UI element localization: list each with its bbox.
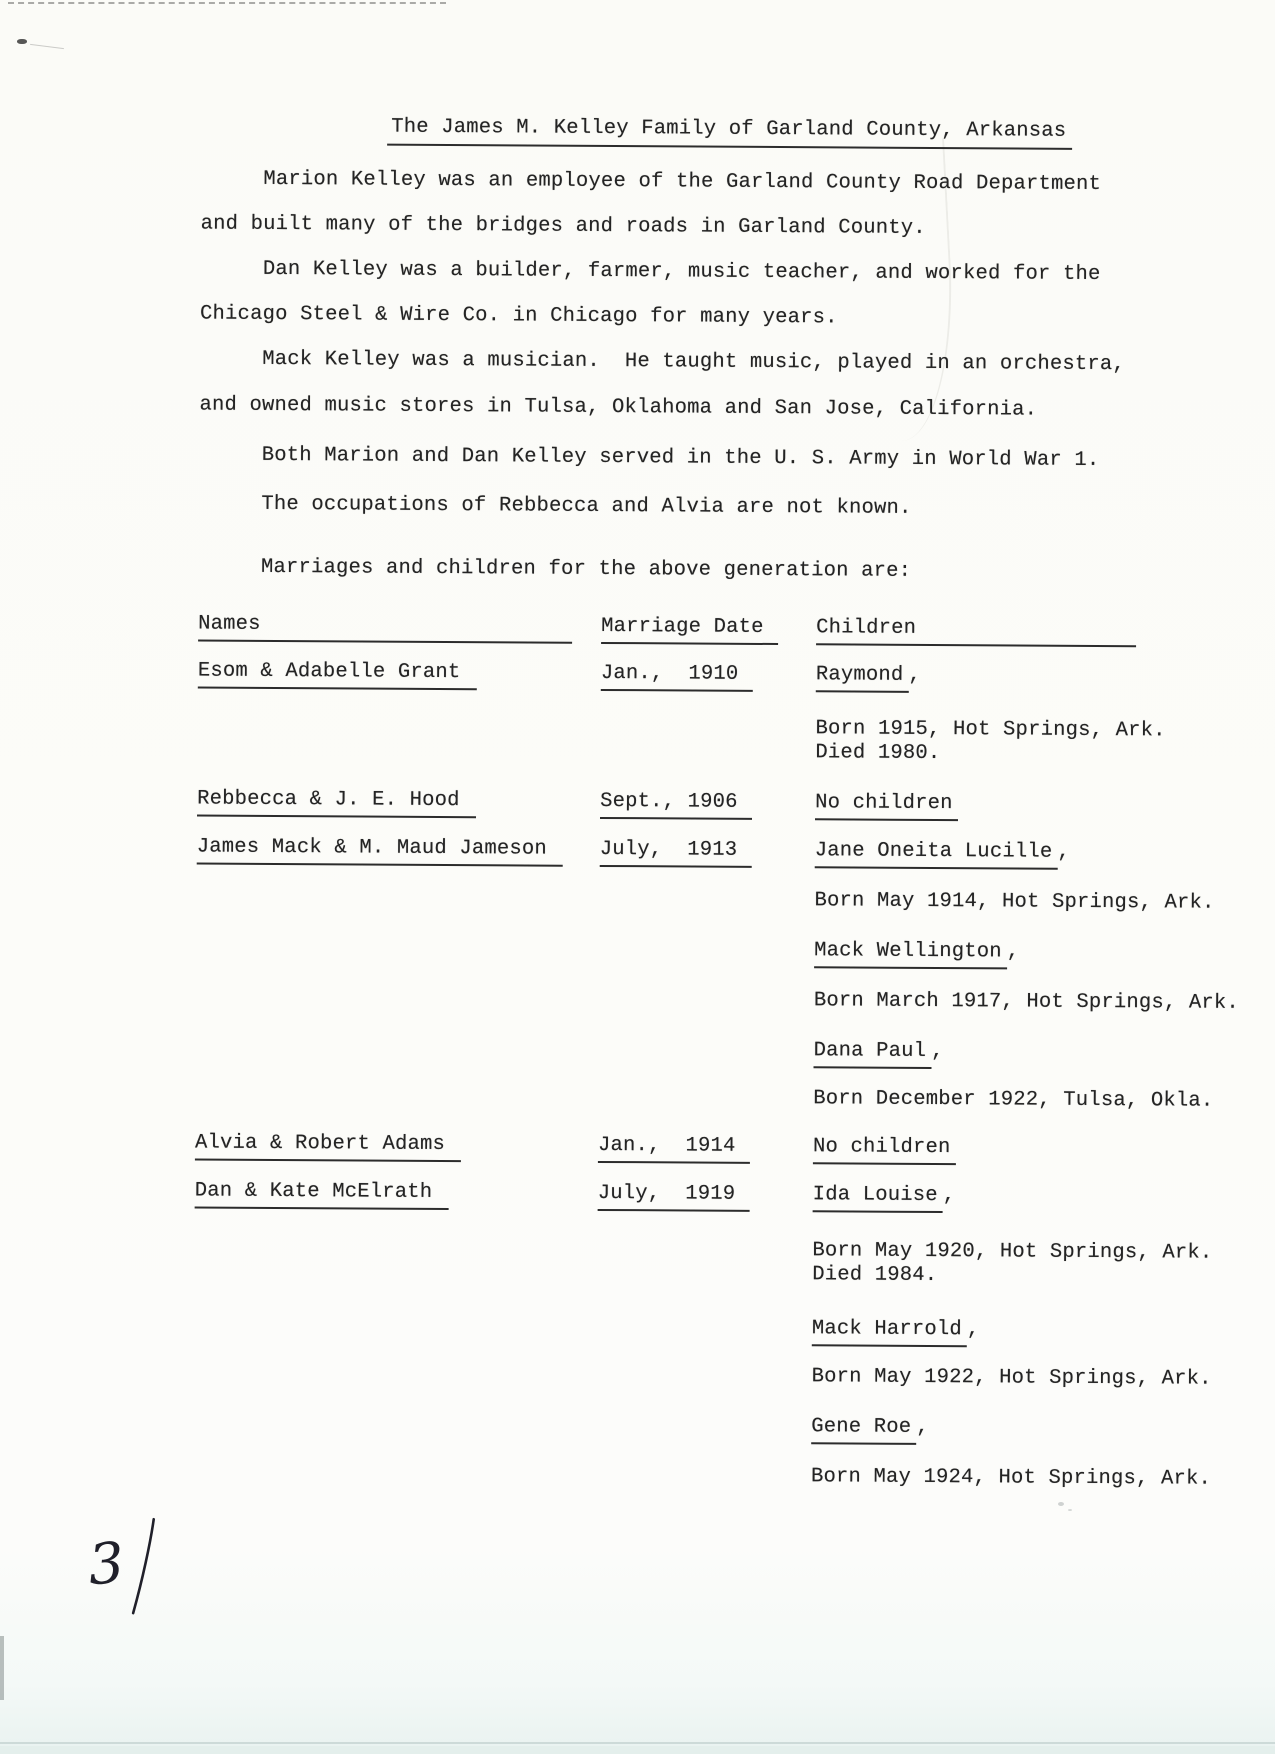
table-row-detail: Born May 1924, Hot Springs, Ark. (193, 1461, 1253, 1491)
table-header-row: Names Marriage Date Children (198, 612, 1258, 642)
child-death-info: Died 1984. (812, 1263, 937, 1288)
child-name: Gene Roe (811, 1415, 916, 1445)
table-row-detail: Born March 1917, Hot Springs, Ark. (196, 985, 1256, 1015)
child-name: Mack Harrold (812, 1317, 967, 1347)
children-note: No children (815, 791, 958, 821)
child-name-suffix: , (908, 664, 921, 687)
table-row-detail: Mack Wellington, (196, 935, 1256, 965)
body-line: and owned music stores in Tulsa, Oklahom… (199, 393, 1037, 422)
couple-names: Dan & Kate McElrath (195, 1179, 449, 1210)
child-name: Raymond (816, 663, 909, 693)
child-birth-info: Born May 1924, Hot Springs, Ark. (811, 1465, 1211, 1491)
child-birth-info: Born May 1920, Hot Springs, Ark. (812, 1239, 1212, 1265)
marriage-date: July, 1919 (598, 1182, 750, 1212)
table-row-rebbecca: Rebbecca & J. E. Hood Sept., 1906 No chi… (197, 787, 1257, 817)
marriage-date: Sept., 1906 (600, 790, 752, 820)
child-death-info: Died 1980. (815, 741, 940, 766)
child-name-suffix: , (1057, 841, 1070, 864)
couple-names: Rebbecca & J. E. Hood (197, 787, 476, 818)
marriage-date: July, 1913 (600, 838, 752, 868)
child-birth-info: Born March 1917, Hot Springs, Ark. (814, 989, 1239, 1016)
table-row-detail: Born December 1922, Tulsa, Okla. (195, 1083, 1255, 1113)
table-row-esom: Esom & Adabelle Grant Jan., 1910 Raymond… (198, 659, 1258, 689)
body-line: and built many of the bridges and roads … (201, 212, 926, 240)
body-line: The occupations of Rebbecca and Alvia ar… (199, 492, 912, 520)
body-line: Marion Kelley was an employee of the Gar… (201, 167, 1101, 196)
table-row-dan: Dan & Kate McElrath July, 1919 Ida Louis… (195, 1179, 1255, 1209)
child-name-suffix: , (916, 1416, 929, 1439)
child-name: Jane Oneita Lucille (815, 839, 1058, 869)
body-line: Dan Kelley was a builder, farmer, music … (200, 257, 1100, 286)
document-content: The James M. Kelley Family of Garland Co… (0, 0, 1275, 1754)
handwritten-slash-stroke (120, 1514, 163, 1618)
table-row-detail: Died 1984. (194, 1259, 1254, 1289)
table-row-detail: Died 1980. (197, 737, 1257, 767)
couple-names: Alvia & Robert Adams (195, 1131, 461, 1162)
child-name: Dana Paul (813, 1039, 931, 1069)
marriage-date: Jan., 1914 (598, 1134, 750, 1164)
child-name-suffix: , (943, 1184, 956, 1207)
body-line: Both Marion and Dan Kelley served in the… (199, 443, 1099, 472)
child-name: Mack Wellington (814, 939, 1007, 969)
page-title: The James M. Kelley Family of Garland Co… (312, 91, 1073, 174)
table-row-detail: Born May 1914, Hot Springs, Ark. (196, 885, 1256, 915)
page-title-text: The James M. Kelley Family of Garland Co… (387, 116, 1072, 150)
column-header-names: Names (198, 612, 572, 643)
child-birth-info: Born December 1922, Tulsa, Okla. (813, 1087, 1213, 1113)
marriage-date: Jan., 1910 (601, 662, 753, 692)
child-birth-info: Born May 1914, Hot Springs, Ark. (814, 889, 1214, 915)
child-name-suffix: , (967, 1318, 980, 1341)
couple-names: Esom & Adabelle Grant (198, 659, 477, 690)
body-line: Marriages and children for the above gen… (198, 555, 911, 583)
table-row-james-mack: James Mack & M. Maud Jameson July, 1913 … (197, 835, 1257, 865)
table-row-detail: Gene Roe, (193, 1411, 1253, 1441)
column-header-marriage-date: Marriage Date (601, 615, 778, 645)
scanned-document-page: The James M. Kelley Family of Garland Co… (0, 0, 1275, 1754)
child-name-suffix: , (931, 1040, 944, 1063)
child-name-suffix: , (1007, 940, 1020, 963)
children-note: No children (813, 1135, 956, 1165)
child-name: Ida Louise (813, 1183, 943, 1213)
body-line: Chicago Steel & Wire Co. in Chicago for … (200, 302, 838, 330)
column-header-children: Children (816, 616, 1136, 647)
child-birth-info: Born May 1922, Hot Springs, Ark. (812, 1365, 1212, 1391)
table-row-detail: Born May 1922, Hot Springs, Ark. (194, 1361, 1254, 1391)
body-line: Mack Kelley was a musician. He taught mu… (200, 347, 1125, 377)
table-row-detail: Mack Harrold, (194, 1313, 1254, 1343)
table-row-detail: Dana Paul, (196, 1035, 1256, 1065)
child-birth-info: Born 1915, Hot Springs, Ark. (815, 717, 1165, 743)
table-row-alvia: Alvia & Robert Adams Jan., 1914 No child… (195, 1131, 1255, 1161)
couple-names: James Mack & M. Maud Jameson (197, 835, 563, 866)
